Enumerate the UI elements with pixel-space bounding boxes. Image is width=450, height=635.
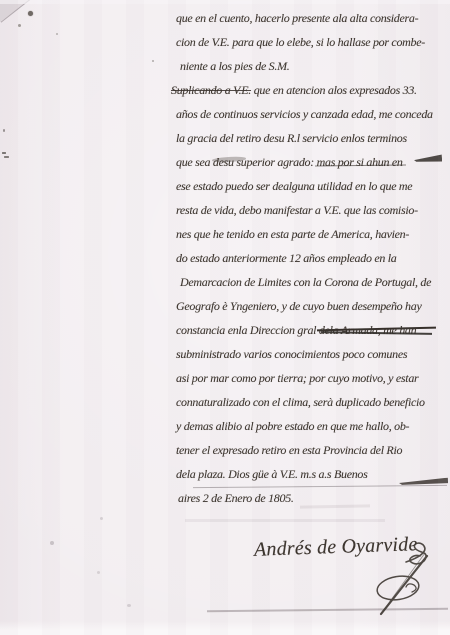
line-text: y demas alibio al pobre estado en que me… <box>176 419 409 433</box>
line-text: do estado anteriormente 12 años empleado… <box>176 251 397 265</box>
line-text: resta de vida, debo manifestar a V.E. qu… <box>176 203 418 217</box>
ink-smear-wedge <box>414 155 442 164</box>
line-text: niente a los pies de S.M. <box>180 59 289 73</box>
line-text: connaturalizado con el clima, serà dupli… <box>176 395 425 409</box>
line-text: Demarcacion de Limites con la Corona de … <box>180 275 431 289</box>
line-text: nes que he tenido en esta parte de Ameri… <box>176 227 409 241</box>
manuscript-line-14: constancia enla Direccion gral dela Arma… <box>176 318 448 342</box>
ink-speck <box>152 60 154 62</box>
ink-speck <box>2 152 6 154</box>
line-text: subministrado varios conocimientos poco … <box>176 347 407 361</box>
line-text: la gracia del retiro desu R.l servicio e… <box>176 131 407 145</box>
manuscript-line-10: nes que he tenido en esta parte de Ameri… <box>176 222 448 246</box>
line-text: años de continuos servicios y canzada ed… <box>176 107 433 121</box>
paper-stain <box>50 541 54 545</box>
ink-speck <box>56 33 58 35</box>
underlined-text: mas por si ahun en <box>317 155 403 169</box>
ink-speck <box>3 129 5 132</box>
show-through-band <box>185 519 385 522</box>
manuscript-line-6: la gracia del retiro desu R.l servicio e… <box>176 126 448 150</box>
letter-body: que en el cuento, hacerlo presente ala a… <box>176 6 448 510</box>
struck-text: Suplicando a V.E. <box>171 83 251 97</box>
line-text: que en atencion alos expresados 33. <box>251 83 417 97</box>
paper-stain <box>127 604 131 607</box>
manuscript-line-3: niente a los pies de S.M. <box>180 54 448 78</box>
scan-edge-bottom <box>0 621 450 635</box>
line-text: dela plaza. Dios güe à V.E. m.s a.s Buen… <box>176 467 368 481</box>
line-text: cion de V.E. para que lo elebe, si lo ha… <box>176 35 425 49</box>
heavily-struck-text: dela Armada, me han <box>319 323 416 337</box>
ink-speck <box>4 156 9 158</box>
manuscript-line-5: años de continuos servicios y canzada ed… <box>176 102 448 126</box>
manuscript-line-2: cion de V.E. para que lo elebe, si lo ha… <box>176 30 448 54</box>
manuscript-line-13: Geografo è Yngeniero, y de cuyo buen des… <box>176 294 448 318</box>
manuscript-line-1: que en el cuento, hacerlo presente ala a… <box>176 6 448 30</box>
manuscript-line-15: subministrado varios conocimientos poco … <box>176 342 448 366</box>
line-text: ese estado puedo ser dealguna utilidad e… <box>176 179 412 193</box>
line-text: asi por mar como por tierra; por cuyo mo… <box>176 371 418 385</box>
manuscript-line-19: tener el expresado retiro en esta Provin… <box>176 438 448 462</box>
manuscript-line-8: ese estado puedo ser dealguna utilidad e… <box>176 174 448 198</box>
line-text: que en el cuento, hacerlo presente ala a… <box>176 11 418 25</box>
scan-edge-top <box>0 0 450 4</box>
manuscript-line-16: asi por mar como por tierra; por cuyo mo… <box>176 366 448 390</box>
line-text: tener el expresado retiro en esta Provin… <box>176 443 402 457</box>
ink-speck <box>28 11 33 16</box>
line-text: aires 2 de Enero de 1805. <box>178 491 294 505</box>
line-text: Geografo è Yngeniero, y de cuyo buen des… <box>176 299 421 313</box>
manuscript-page: que en el cuento, hacerlo presente ala a… <box>0 0 450 635</box>
line-text: constancia enla Direccion gral <box>176 323 319 337</box>
manuscript-line-11: do estado anteriormente 12 años empleado… <box>176 246 448 270</box>
line-text: que sea desu superior agrado: <box>176 155 317 169</box>
signature-rubric-icon <box>366 538 434 620</box>
manuscript-line-4: Suplicando a V.E. que en atencion alos e… <box>171 78 448 102</box>
ink-speck <box>18 24 21 27</box>
manuscript-line-12: Demarcacion de Limites con la Corona de … <box>180 270 448 294</box>
paper-stain <box>97 571 100 574</box>
paper-stain <box>100 517 103 520</box>
manuscript-line-17: connaturalizado con el clima, serà dupli… <box>176 390 448 414</box>
manuscript-line-18: y demas alibio al pobre estado en que me… <box>176 414 448 438</box>
manuscript-line-7: que sea desu superior agrado: mas por si… <box>176 150 448 174</box>
manuscript-line-9: resta de vida, debo manifestar a V.E. qu… <box>176 198 448 222</box>
